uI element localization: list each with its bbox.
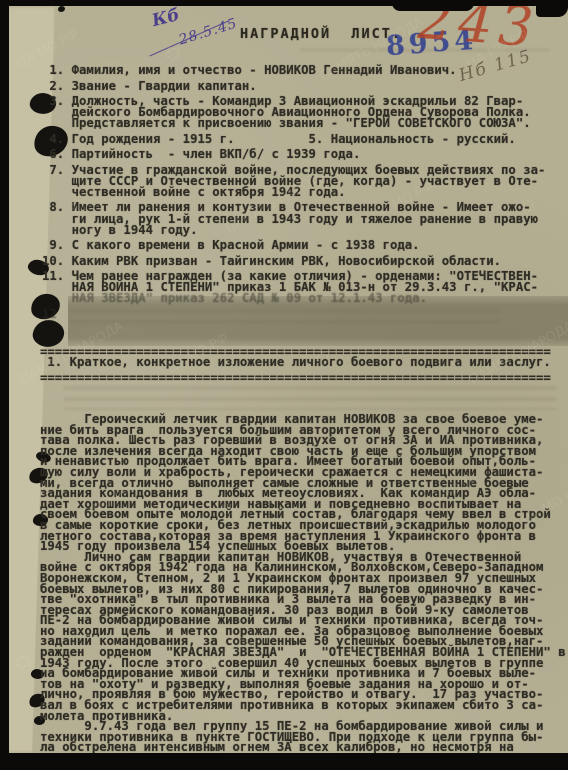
scan-edge-top [0, 0, 568, 6]
divider-line: ========================================… [40, 373, 551, 384]
scan-edge-notch [536, 0, 568, 17]
header-line: 6. Партийность - член ВКП/б/ с 1939 года… [42, 149, 545, 160]
header-line: Представляется к присвоению звания - "ГЕ… [42, 118, 545, 129]
section-heading: 1. Краткое, конкретное изложение личного… [40, 357, 551, 368]
bleed-through-text [64, 382, 556, 410]
header-line: чественной войне с октября 1942 года. [42, 187, 545, 198]
header-line: 10. Каким РВК призван - Тайгинским РВК, … [42, 256, 545, 267]
header-line: НАЯ ЗВЕЗДА" приказ 262 САД № 09 от 12.1.… [42, 293, 545, 304]
scan-edge-notch [392, 0, 474, 11]
body-line: ла обстрелена интенсивным огнем ЗА всех … [40, 742, 566, 753]
header-line: 12 [42, 309, 545, 320]
header-line: 4. Год рождения - 1915 г. 5. Национально… [42, 134, 545, 145]
document-title: НАГРАДНОЙ ЛИСТ. [240, 26, 402, 42]
header-line: 9. С какого времени в Красной Армии - с … [42, 240, 545, 251]
header-fields: 1. Фамилия, имя и отчество - НОВИКОВ Ген… [42, 61, 545, 320]
citation-body: Героический летчик гвардии капитан НОВИК… [40, 414, 566, 753]
header-line: ногу в 1944 году. [42, 225, 545, 236]
scan-edge-left [0, 0, 9, 770]
scanned-award-document: НАГРАДНОЙ ЛИСТ. 1. Фамилия, имя и отчест… [0, 0, 568, 770]
scan-edge-bottom [0, 753, 568, 770]
